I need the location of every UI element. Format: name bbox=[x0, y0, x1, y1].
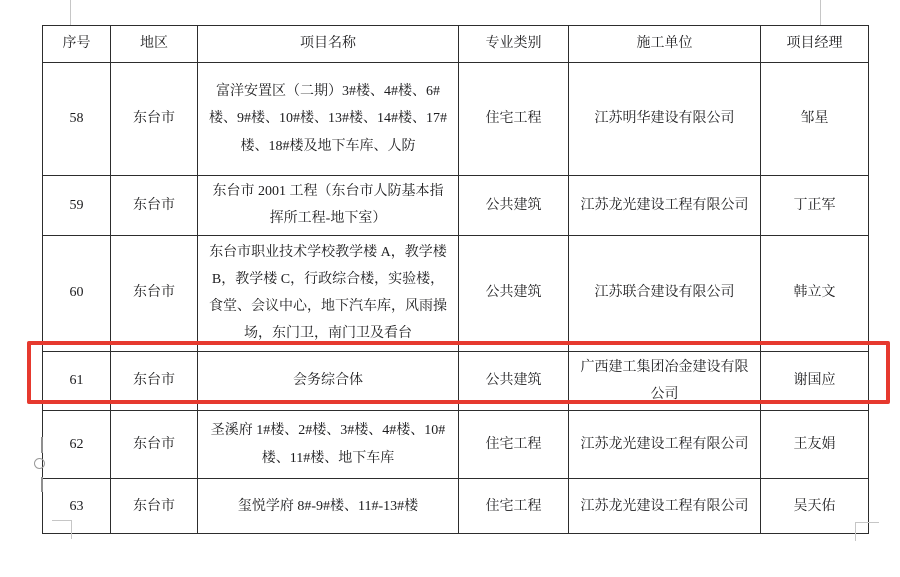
cell-manager: 吴天佑 bbox=[761, 479, 869, 534]
cell-category: 住宅工程 bbox=[459, 411, 569, 479]
table-body: 58 东台市 富洋安置区（二期）3#楼、4#楼、6#楼、9#楼、10#楼、13#… bbox=[43, 63, 869, 534]
cell-region: 东台市 bbox=[111, 63, 198, 176]
cell-contractor: 广西建工集团冶金建设有限公司 bbox=[569, 351, 761, 411]
cell-region: 东台市 bbox=[111, 235, 198, 351]
cell-seq: 62 bbox=[43, 411, 111, 479]
cell-manager: 王友娟 bbox=[761, 411, 869, 479]
cell-region: 东台市 bbox=[111, 351, 198, 411]
cell-project: 东台市 2001 工程（东台市人防基本指挥所工程-地下室） bbox=[198, 176, 459, 236]
cell-project: 玺悦学府 8#-9#楼、11#-13#楼 bbox=[198, 479, 459, 534]
header-seq: 序号 bbox=[43, 26, 111, 63]
header-category: 专业类别 bbox=[459, 26, 569, 63]
cell-region: 东台市 bbox=[111, 176, 198, 236]
crop-mark-top-right bbox=[820, 0, 821, 25]
table-row: 61 东台市 会务综合体 公共建筑 广西建工集团冶金建设有限公司 谢国应 bbox=[43, 351, 869, 411]
table-row: 59 东台市 东台市 2001 工程（东台市人防基本指挥所工程-地下室） 公共建… bbox=[43, 176, 869, 236]
header-manager: 项目经理 bbox=[761, 26, 869, 63]
cell-category: 公共建筑 bbox=[459, 351, 569, 411]
cell-manager: 谢国应 bbox=[761, 351, 869, 411]
table-header: 序号 地区 项目名称 专业类别 施工单位 项目经理 bbox=[43, 26, 869, 63]
cell-region: 东台市 bbox=[111, 479, 198, 534]
projects-table: 序号 地区 项目名称 专业类别 施工单位 项目经理 58 东台市 富洋安置区（二… bbox=[42, 25, 869, 534]
cell-manager: 邹星 bbox=[761, 63, 869, 176]
table-row: 62 东台市 圣溪府 1#楼、2#楼、3#楼、4#楼、10#楼、11#楼、地下车… bbox=[43, 411, 869, 479]
cell-category: 住宅工程 bbox=[459, 479, 569, 534]
cell-category: 公共建筑 bbox=[459, 176, 569, 236]
table-row: 60 东台市 东台市职业技术学校教学楼 A，教学楼 B，教学楼 C，行政综合楼，… bbox=[43, 235, 869, 351]
cell-category: 公共建筑 bbox=[459, 235, 569, 351]
crop-mark-top-left bbox=[70, 0, 71, 25]
cell-contractor: 江苏龙光建设工程有限公司 bbox=[569, 411, 761, 479]
cell-contractor: 江苏联合建设有限公司 bbox=[569, 235, 761, 351]
cell-project: 富洋安置区（二期）3#楼、4#楼、6#楼、9#楼、10#楼、13#楼、14#楼、… bbox=[198, 63, 459, 176]
cell-contractor: 江苏明华建设有限公司 bbox=[569, 63, 761, 176]
cell-seq: 63 bbox=[43, 479, 111, 534]
cell-region: 东台市 bbox=[111, 411, 198, 479]
cell-seq: 59 bbox=[43, 176, 111, 236]
cell-manager: 韩立文 bbox=[761, 235, 869, 351]
document-page: 序号 地区 项目名称 专业类别 施工单位 项目经理 58 东台市 富洋安置区（二… bbox=[0, 0, 900, 577]
cell-seq: 60 bbox=[43, 235, 111, 351]
cell-seq: 58 bbox=[43, 63, 111, 176]
cell-contractor: 江苏龙光建设工程有限公司 bbox=[569, 479, 761, 534]
cell-project: 圣溪府 1#楼、2#楼、3#楼、4#楼、10#楼、11#楼、地下车库 bbox=[198, 411, 459, 479]
table-row: 63 东台市 玺悦学府 8#-9#楼、11#-13#楼 住宅工程 江苏龙光建设工… bbox=[43, 479, 869, 534]
cell-project: 东台市职业技术学校教学楼 A，教学楼 B，教学楼 C，行政综合楼，实验楼，食堂、… bbox=[198, 235, 459, 351]
header-row: 序号 地区 项目名称 专业类别 施工单位 项目经理 bbox=[43, 26, 869, 63]
table-row: 58 东台市 富洋安置区（二期）3#楼、4#楼、6#楼、9#楼、10#楼、13#… bbox=[43, 63, 869, 176]
cell-manager: 丁正军 bbox=[761, 176, 869, 236]
header-project: 项目名称 bbox=[198, 26, 459, 63]
cell-project: 会务综合体 bbox=[198, 351, 459, 411]
header-region: 地区 bbox=[111, 26, 198, 63]
header-contractor: 施工单位 bbox=[569, 26, 761, 63]
cell-seq: 61 bbox=[43, 351, 111, 411]
cell-category: 住宅工程 bbox=[459, 63, 569, 176]
cell-contractor: 江苏龙光建设工程有限公司 bbox=[569, 176, 761, 236]
